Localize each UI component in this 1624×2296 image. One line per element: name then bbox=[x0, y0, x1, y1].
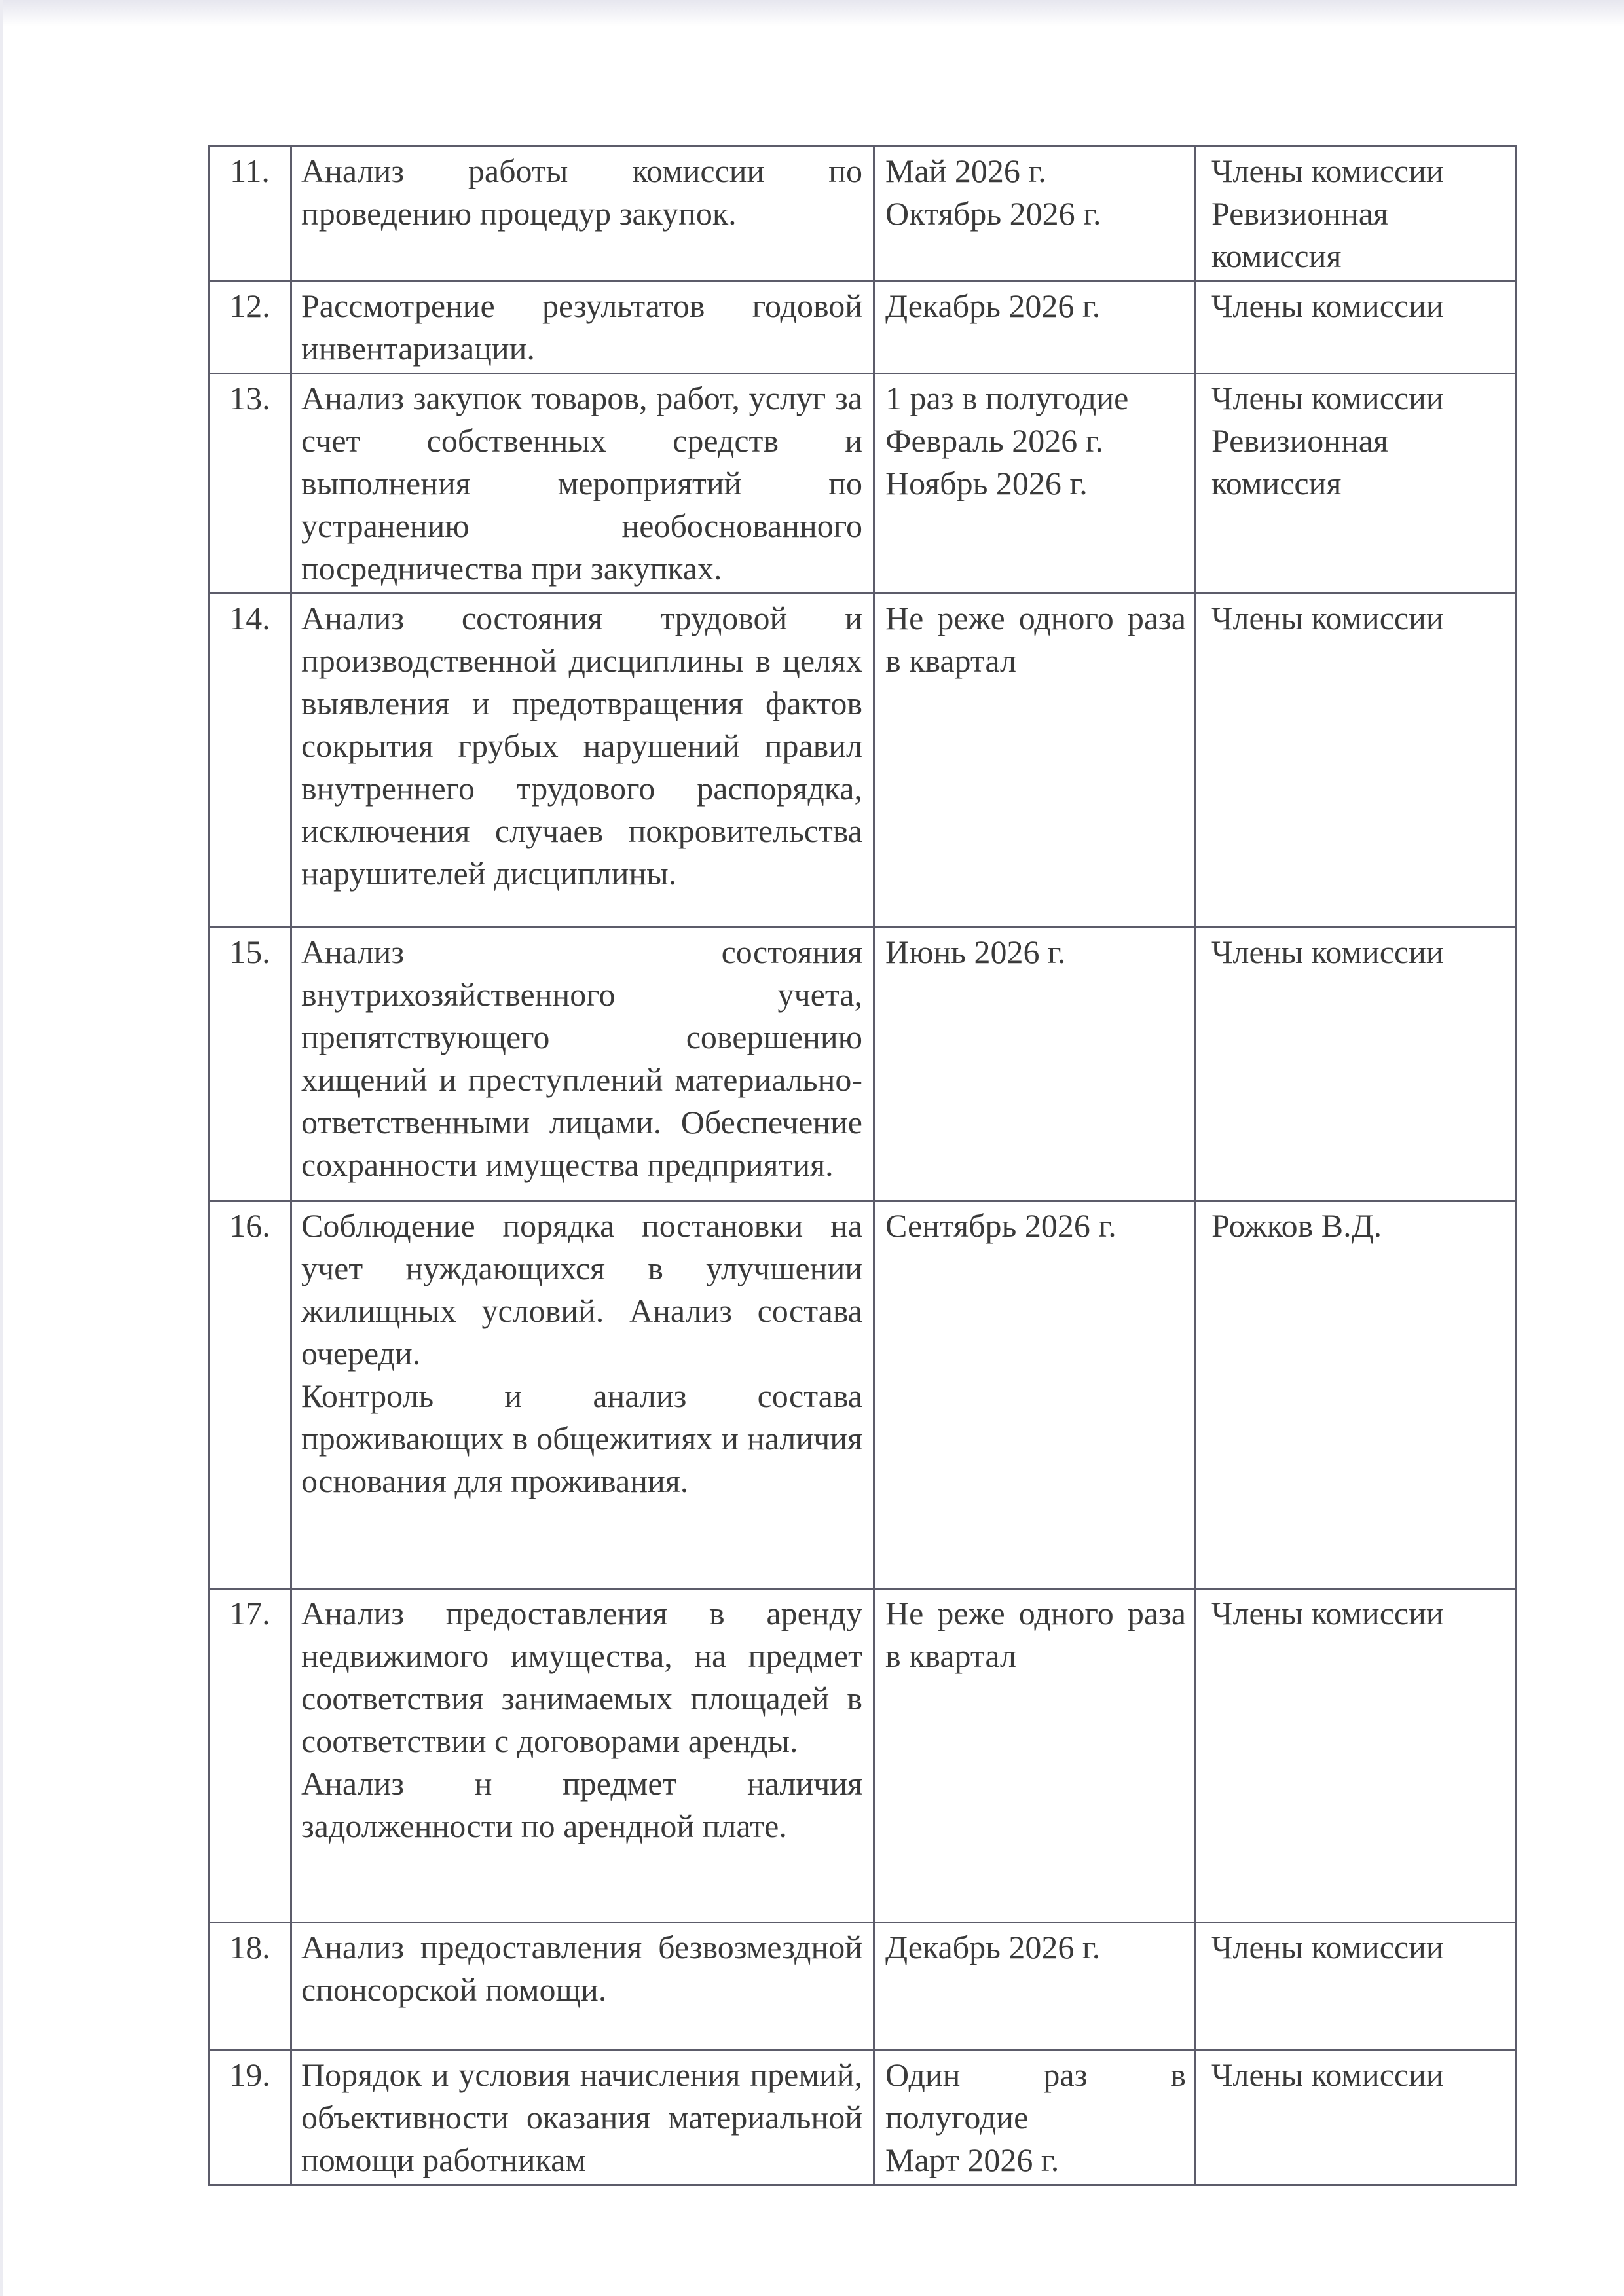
date-text: Март 2026 г. bbox=[885, 2139, 1186, 2181]
scan-artifact-top bbox=[0, 0, 1624, 26]
row-number: 18. bbox=[209, 1923, 291, 2050]
scan-artifact-edge bbox=[0, 0, 3, 2296]
activity-plan-table: 11. Анализ работы комиссии по проведению… bbox=[208, 145, 1517, 2186]
responsible-cell: Члены комиссии bbox=[1195, 1589, 1516, 1923]
row-number: 13. bbox=[209, 374, 291, 594]
row-number: 19. bbox=[209, 2050, 291, 2185]
row-number: 12. bbox=[209, 282, 291, 374]
activity-cell: Соблюдение порядка постановки на учет ну… bbox=[291, 1201, 874, 1589]
date-cell: Один раз в полугодие Март 2026 г. bbox=[874, 2050, 1195, 2185]
responsible-cell: Члены комиссии Ревизионная комиссия bbox=[1195, 147, 1516, 282]
responsible-cell: Члены комиссии bbox=[1195, 2050, 1516, 2185]
responsible-text: Члены комиссии bbox=[1211, 150, 1507, 192]
date-text: Сентябрь 2026 г. bbox=[885, 1205, 1186, 1247]
responsible-text: Члены комиссии bbox=[1211, 377, 1507, 420]
responsible-text: Члены комиссии bbox=[1211, 1592, 1507, 1635]
date-cell: Не реже одного раза в квартал bbox=[874, 594, 1195, 928]
date-cell: Сентябрь 2026 г. bbox=[874, 1201, 1195, 1589]
responsible-text: Члены комиссии bbox=[1211, 2054, 1507, 2096]
table-row: 13. Анализ закупок товаров, работ, услуг… bbox=[209, 374, 1516, 594]
activity-cell: Анализ состояния внутрихозяйственного уч… bbox=[291, 928, 874, 1201]
activity-text: Анализ состояния внутрихозяйственного уч… bbox=[301, 931, 862, 1186]
date-cell: Май 2026 г. Октябрь 2026 г. bbox=[874, 147, 1195, 282]
responsible-cell: Рожков В.Д. bbox=[1195, 1201, 1516, 1589]
responsible-text: Ревизионная комиссия bbox=[1211, 420, 1507, 505]
responsible-cell: Члены комиссии Ревизионная комиссия bbox=[1195, 374, 1516, 594]
date-text: Декабрь 2026 г. bbox=[885, 285, 1186, 327]
activity-text: Анализ н предмет наличия задолженности п… bbox=[301, 1762, 862, 1848]
activity-cell: Анализ предоставления в аренду недвижимо… bbox=[291, 1589, 874, 1923]
responsible-cell: Члены комиссии bbox=[1195, 928, 1516, 1201]
activity-cell: Анализ работы комиссии по проведению про… bbox=[291, 147, 874, 282]
activity-text: Анализ предоставления безвозмездной спон… bbox=[301, 1926, 862, 2011]
activity-cell: Порядок и условия начисления премий, объ… bbox=[291, 2050, 874, 2185]
table-row: 11. Анализ работы комиссии по проведению… bbox=[209, 147, 1516, 282]
responsible-text: Ревизионная комиссия bbox=[1211, 192, 1507, 278]
table-row: 17. Анализ предоставления в аренду недви… bbox=[209, 1589, 1516, 1923]
activity-text: Контроль и анализ состава проживающих в … bbox=[301, 1375, 862, 1503]
date-text: Июнь 2026 г. bbox=[885, 931, 1186, 974]
table-row: 14. Анализ состояния трудовой и производ… bbox=[209, 594, 1516, 928]
date-cell: Июнь 2026 г. bbox=[874, 928, 1195, 1201]
row-number: 11. bbox=[209, 147, 291, 282]
activity-text: Анализ закупок товаров, работ, услуг за … bbox=[301, 377, 862, 590]
responsible-cell: Члены комиссии bbox=[1195, 1923, 1516, 2050]
row-number: 16. bbox=[209, 1201, 291, 1589]
activity-cell: Анализ состояния трудовой и производстве… bbox=[291, 594, 874, 928]
row-number: 14. bbox=[209, 594, 291, 928]
date-text: Один раз в полугодие bbox=[885, 2054, 1186, 2139]
table-row: 12. Рассмотрение результатов годовой инв… bbox=[209, 282, 1516, 374]
date-text: Февраль 2026 г. bbox=[885, 420, 1186, 462]
table-row: 18. Анализ предоставления безвозмездной … bbox=[209, 1923, 1516, 2050]
date-text: Ноябрь 2026 г. bbox=[885, 462, 1186, 505]
date-cell: Декабрь 2026 г. bbox=[874, 282, 1195, 374]
date-cell: 1 раз в полугодие Февраль 2026 г. Ноябрь… bbox=[874, 374, 1195, 594]
responsible-cell: Члены комиссии bbox=[1195, 594, 1516, 928]
activity-text: Рассмотрение результатов годовой инвента… bbox=[301, 285, 862, 370]
activity-cell: Рассмотрение результатов годовой инвента… bbox=[291, 282, 874, 374]
date-cell: Декабрь 2026 г. bbox=[874, 1923, 1195, 2050]
row-number: 17. bbox=[209, 1589, 291, 1923]
responsible-cell: Члены комиссии bbox=[1195, 282, 1516, 374]
table-row: 15. Анализ состояния внутрихозяйственног… bbox=[209, 928, 1516, 1201]
date-text: Не реже одного раза в квартал bbox=[885, 1592, 1186, 1677]
table-row: 16. Соблюдение порядка постановки на уче… bbox=[209, 1201, 1516, 1589]
row-number: 15. bbox=[209, 928, 291, 1201]
activity-cell: Анализ предоставления безвозмездной спон… bbox=[291, 1923, 874, 2050]
responsible-text: Члены комиссии bbox=[1211, 285, 1507, 327]
date-text: Не реже одного раза в квартал bbox=[885, 597, 1186, 682]
activity-text: Анализ работы комиссии по проведению про… bbox=[301, 150, 862, 235]
responsible-text: Члены комиссии bbox=[1211, 597, 1507, 640]
date-cell: Не реже одного раза в квартал bbox=[874, 1589, 1195, 1923]
table-row: 19. Порядок и условия начисления премий,… bbox=[209, 2050, 1516, 2185]
activity-text: Соблюдение порядка постановки на учет ну… bbox=[301, 1205, 862, 1375]
date-text: 1 раз в полугодие bbox=[885, 377, 1186, 420]
responsible-text: Члены комиссии bbox=[1211, 931, 1507, 974]
responsible-text: Рожков В.Д. bbox=[1211, 1205, 1507, 1247]
activity-text: Порядок и условия начисления премий, объ… bbox=[301, 2054, 862, 2181]
activity-cell: Анализ закупок товаров, работ, услуг за … bbox=[291, 374, 874, 594]
date-text: Май 2026 г. bbox=[885, 150, 1186, 192]
activity-text: Анализ предоставления в аренду недвижимо… bbox=[301, 1592, 862, 1762]
responsible-text: Члены комиссии bbox=[1211, 1926, 1507, 1969]
date-text: Декабрь 2026 г. bbox=[885, 1926, 1186, 1969]
date-text: Октябрь 2026 г. bbox=[885, 192, 1186, 235]
activity-text: Анализ состояния трудовой и производстве… bbox=[301, 597, 862, 895]
